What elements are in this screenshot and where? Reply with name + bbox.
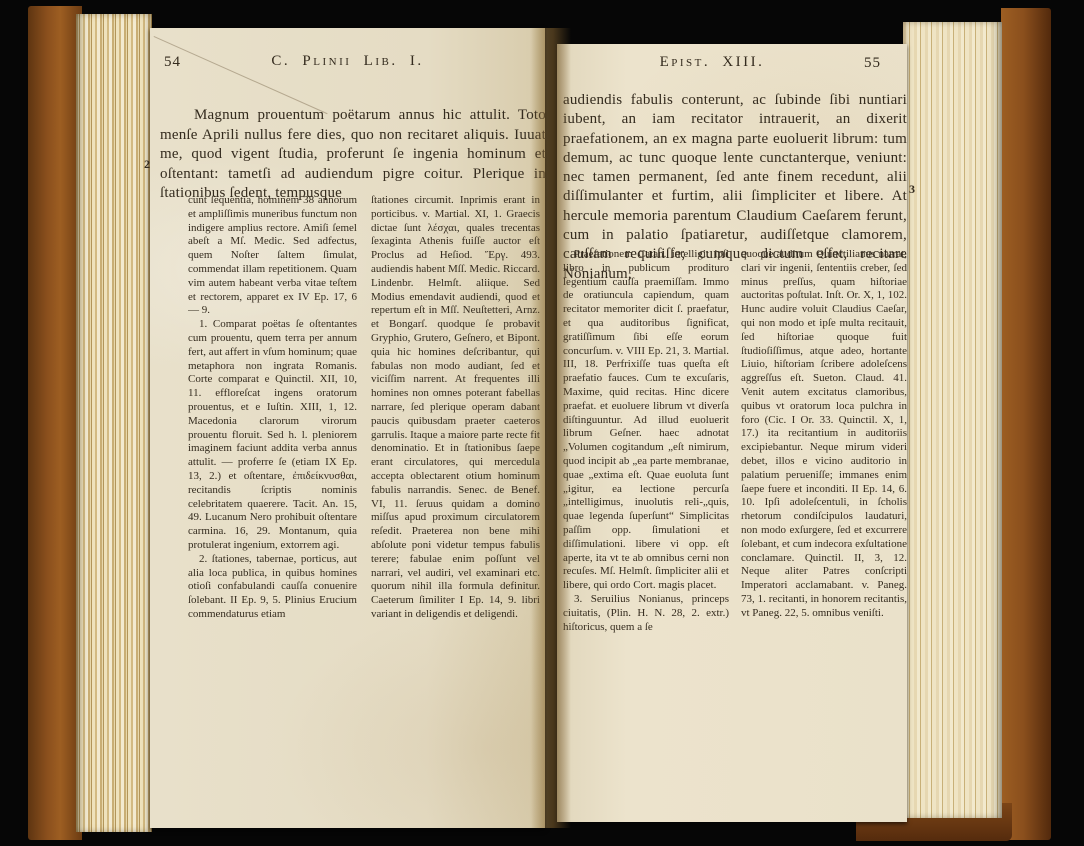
commentary-columns-right: Praefationem Catan. intelligit ipſi libr… [563,248,907,750]
commentary-paragraph: 2. ſtationes, tabernae, porticus, aut al… [188,553,357,622]
page-number-right: 55 [864,55,881,72]
commentary-paragraph: ſtationes circumit. Inprimis erant in po… [371,194,540,622]
right-page: Epist. XIII. 55 audiendis fabulis conter… [557,44,907,822]
commentary-paragraph: Praefationem Catan. intelligit ipſi libr… [563,248,729,593]
commentary-col-a: cunt ſequentia, hominem 38 annorum et am… [188,194,357,752]
commentary-paragraph: 1. Comparat poëtas ſe oſtentantes cum pr… [188,318,357,553]
commentary-paragraph: quoque auditum Quinctilianus narrat, cla… [741,248,907,621]
page-edges-right [903,22,1002,818]
commentary-col-b: quoque auditum Quinctilianus narrat, cla… [741,248,907,750]
margin-number-right: 3 [909,182,915,197]
page-crease [154,36,328,114]
book-cover-left [28,6,82,840]
running-title-left: C. Plinii Lib. I. [150,53,545,70]
commentary-col-b: ſtationes circumit. Inprimis erant in po… [371,194,540,752]
commentary-paragraph: 3. Seruilius Nonianus, princeps ciuitati… [563,593,729,634]
commentary-col-a: Praefationem Catan. intelligit ipſi libr… [563,248,729,750]
page-edges-left [76,14,152,832]
book-cover-right [1001,8,1051,840]
main-text-left: Magnum prouentum poëtarum annus hic attu… [160,106,546,204]
running-title-right: Epist. XIII. [537,54,887,71]
book-photograph: 54 C. Plinii Lib. I. Magnum prouentum po… [0,0,1084,846]
commentary-columns-left: cunt ſequentia, hominem 38 annorum et am… [188,194,540,752]
left-page: 54 C. Plinii Lib. I. Magnum prouentum po… [150,28,545,828]
commentary-paragraph: cunt ſequentia, hominem 38 annorum et am… [188,194,357,318]
margin-number-left: 2 [144,157,150,172]
